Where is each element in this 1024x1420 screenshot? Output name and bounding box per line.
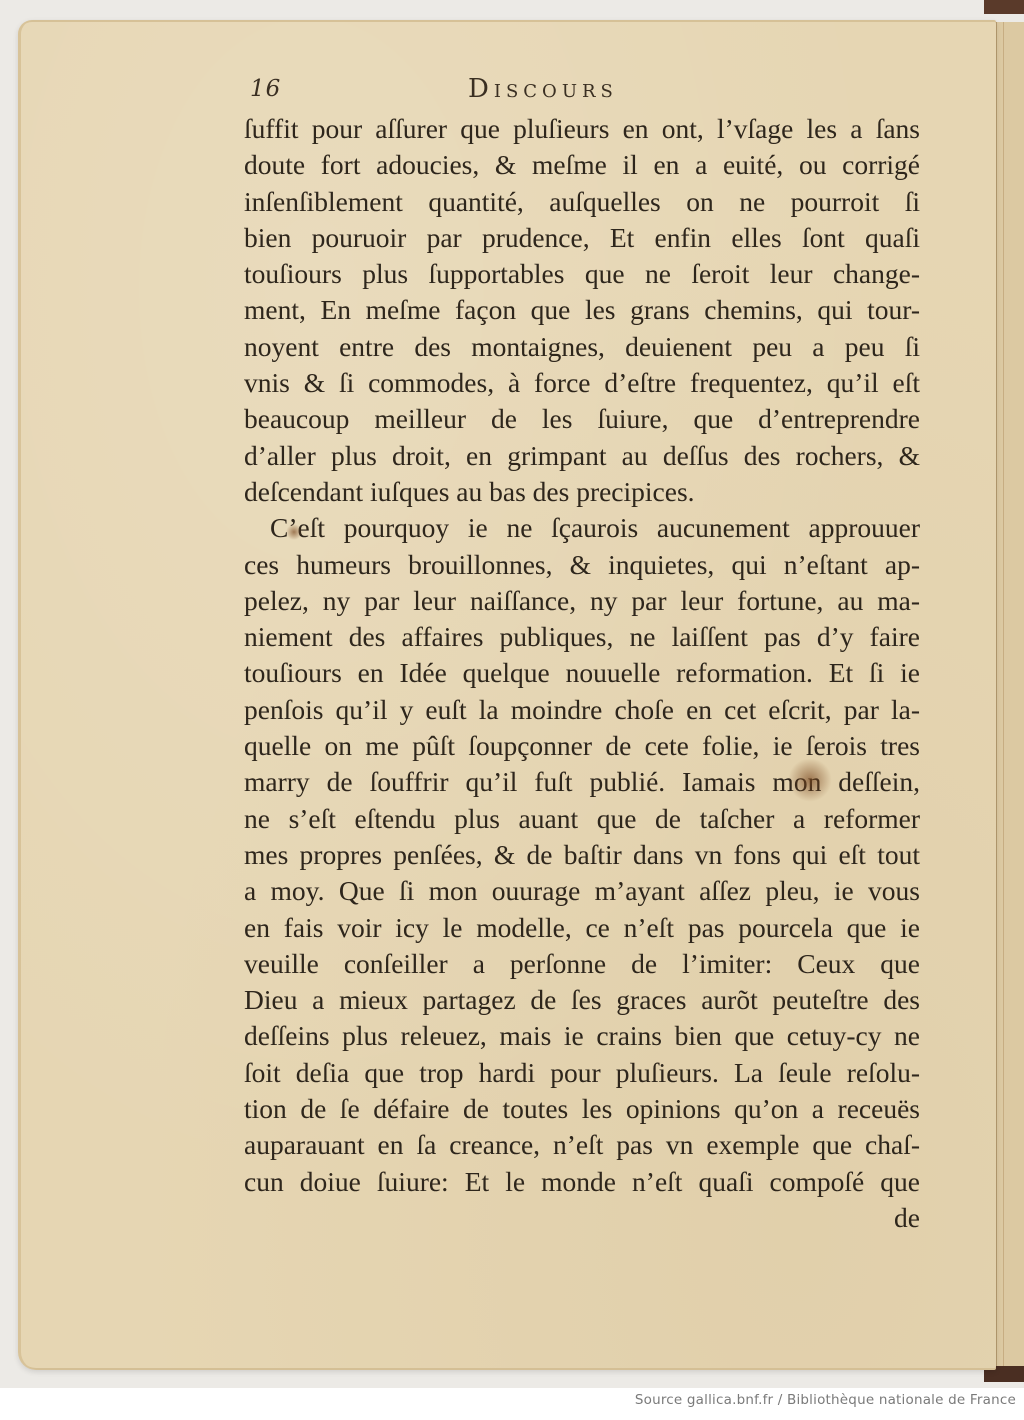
text-line: niement des affaires publiques, ne laiſſ… — [244, 619, 920, 655]
text-line: touſiours en Idée quelque nouuelle refor… — [244, 655, 920, 691]
text-line: deſſeins plus releuez, mais ie crains bi… — [244, 1018, 920, 1054]
text-line: ſuffit pour aſſurer que pluſieurs en ont… — [244, 111, 920, 147]
text-line: deſcendant iuſques au bas des precipices… — [244, 474, 920, 510]
text-line: en fais voir icy le modelle, ce n’eſt pa… — [244, 910, 920, 946]
text-line: mes propres penſées, & de baſtir dans vn… — [244, 837, 920, 873]
text-line: touſiours plus ſupportables que ne ſeroi… — [244, 256, 920, 292]
running-title: Discours — [468, 74, 618, 104]
text-line: bien pouruoir par prudence, Et enfin ell… — [244, 220, 920, 256]
text-line: inſenſiblement quantité, auſquelles on n… — [244, 184, 920, 220]
paragraph-start: C’eſt pourquoy ie ne ſçaurois aucunement… — [244, 510, 920, 546]
facing-page-edge — [996, 22, 1024, 1370]
binding-board-top — [984, 0, 1024, 14]
text-line: ces humeurs brouillonnes, & inquietes, q… — [244, 547, 920, 583]
text-line: doute fort adoucies, & meſme il en a eui… — [244, 147, 920, 183]
source-credit: Source gallica.bnf.fr / Bibliothèque nat… — [635, 1392, 1016, 1408]
text-line: d’aller plus droit, en grimpant au deſſu… — [244, 438, 920, 474]
text-line: Dieu a mieux partagez de ſes graces aurõ… — [244, 982, 920, 1018]
text-line: ſoit deſia que trop hardi pour pluſieurs… — [244, 1055, 920, 1091]
text-line: ne s’eſt eſtendu plus auant que de taſch… — [244, 801, 920, 837]
text-line: cun doiue ſuiure: Et le monde n’eſt quaſ… — [244, 1164, 920, 1200]
ink-spot — [286, 524, 302, 540]
ink-stain — [788, 758, 832, 802]
catchword: de — [244, 1200, 920, 1236]
gutter-line — [1003, 22, 1004, 1370]
text-line: penſois qu’il y euſt la moindre choſe en… — [244, 692, 920, 728]
text-line: auparauant en ſa creance, n’eſt pas vn e… — [244, 1127, 920, 1163]
text-line: ment, En meſme façon que les grans chemi… — [244, 292, 920, 328]
text-line: beaucoup meilleur de les ſuiure, que d’e… — [244, 401, 920, 437]
text-line: a moy. Que ſi mon ouurage m’ayant aſſez … — [244, 873, 920, 909]
text-line: tion de ſe défaire de toutes les opinion… — [244, 1091, 920, 1127]
text-line: noyent entre des montaignes, deuienent p… — [244, 329, 920, 365]
scan-background: 16 Discours ſuffit pour aſſurer que pluſ… — [0, 0, 1024, 1388]
page-header: 16 Discours — [250, 72, 940, 108]
page-number: 16 — [250, 76, 281, 102]
text-line: veuille conſeiller a perſonne de l’imite… — [244, 946, 920, 982]
text-line: vnis & ſi commodes, à force d’eſtre freq… — [244, 365, 920, 401]
text-line: pelez, ny par leur naiſſance, ny par leu… — [244, 583, 920, 619]
body-text: ſuffit pour aſſurer que pluſieurs en ont… — [244, 111, 920, 1236]
